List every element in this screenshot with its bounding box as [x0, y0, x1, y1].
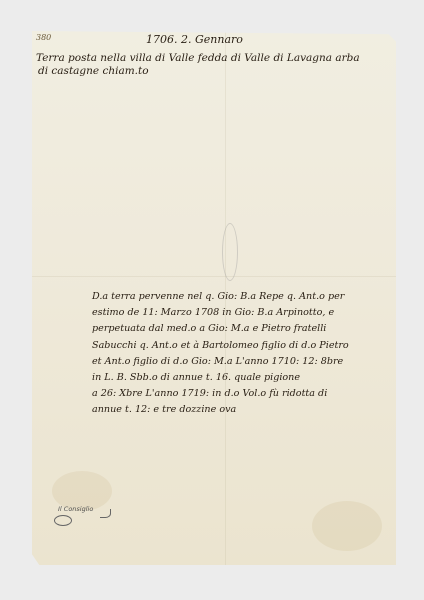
body-line: estimo de 11: Marzo 1708 in Gio: B.a Arp…: [92, 305, 392, 321]
body-line: D.a terra pervenne nel q. Gio: B.a Repe …: [92, 289, 392, 305]
body-line: in L. B. Sbb.o di annue t. 16. quale pig…: [92, 370, 392, 386]
body-paragraph: D.a terra pervenne nel q. Gio: B.a Repe …: [92, 289, 392, 419]
paper-stain: [312, 501, 382, 551]
archive-stamp: Il Consiglio: [58, 505, 93, 513]
heading-line: Terra posta nella villa di Valle fedda d…: [36, 52, 376, 65]
fold-line-horizontal: [32, 276, 396, 277]
body-line: perpetuata dal med.o a Gio: M.a e Pietro…: [92, 321, 392, 337]
body-line: a 26: Xbre L'anno 1719: in d.o Vol.o fù …: [92, 386, 392, 402]
manuscript-page: 380 1706. 2. Gennaro Terra posta nella v…: [32, 31, 396, 565]
heading-line: di castagne chiam.to: [36, 65, 376, 78]
heading-text: Terra posta nella villa di Valle fedda d…: [36, 52, 376, 78]
stamp-flourish-icon: [100, 509, 111, 518]
body-line: et Ant.o figlio di d.o Gio: M.a L'anno 1…: [92, 354, 392, 370]
watermark: [222, 223, 238, 281]
body-line: annue t. 12: e tre dozzine ova: [92, 402, 392, 418]
stamp-flourish-icon: [54, 515, 72, 526]
folio-number: 380: [36, 33, 51, 42]
date-line: 1706. 2. Gennaro: [146, 33, 243, 46]
body-line: Sabucchi q. Ant.o et à Bartolomeo figlio…: [92, 338, 392, 354]
